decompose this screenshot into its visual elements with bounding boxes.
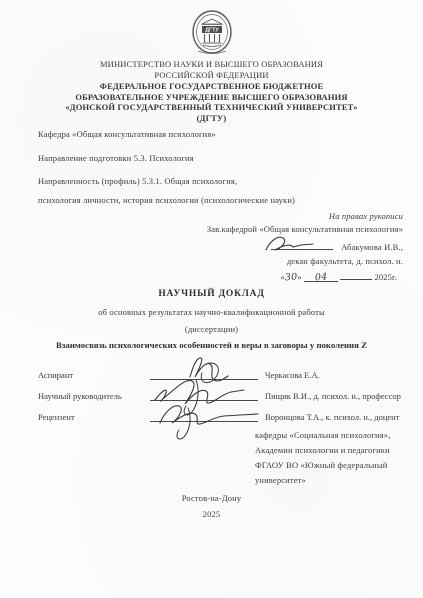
footer-year: 2025 <box>0 509 423 520</box>
university-line-3: «ДОНСКОЙ ГОСУДАРСТВЕННЫЙ ТЕХНИЧЕСКИЙ УНИ… <box>0 102 423 113</box>
document-page: ДГТУ МИНИСТЕРСТВО НАУКИ И ВЫСШЕГО ОБРАЗО… <box>0 0 423 598</box>
reviewer-affiliation-4: университет» <box>255 475 405 486</box>
date-day-handwritten: 30 <box>284 273 297 284</box>
emblem-text: ДГТУ <box>205 28 219 34</box>
signatory-row-aspirant: Аспирант Черкасова Е.А. <box>38 369 403 380</box>
university-abbr: (ДГТУ) <box>0 113 423 124</box>
profile-line-2: психология личности, история психологии … <box>38 195 403 206</box>
signature-line <box>150 369 258 380</box>
footer-city: Ростов-на-Дону <box>0 493 423 504</box>
head-signature-row: Абакумова И.В., <box>38 240 403 253</box>
profile-line-1: Направленность (профиль) 5.3.1. Общая пс… <box>38 176 403 187</box>
university-header: ФЕДЕРАЛЬНОЕ ГОСУДАРСТВЕННОЕ БЮДЖЕТНОЕ ОБ… <box>0 81 423 123</box>
reviewer-affiliation-2: Академии психологии и педагогики <box>255 445 405 456</box>
document-type-title: НАУЧНЫЙ ДОКЛАД <box>0 289 423 299</box>
head-name: Абакумова И.В., <box>341 242 403 252</box>
head-title-line: декан факультета, д. психол. н. <box>38 256 403 267</box>
reviewer-affiliation-1: кафедры «Социальная психология», <box>255 430 405 441</box>
date-year: 2025г. <box>374 272 397 282</box>
signatory-row-reviewer: Рецензент Воронцова Т.А., к. психол. н.,… <box>38 411 403 422</box>
document-subtitle-2: (диссертации) <box>0 324 423 335</box>
date-month-handwritten: 04 <box>314 273 327 284</box>
department-line: Кафедра «Общая консультативная психологи… <box>38 129 403 140</box>
direction-line: Направление подготовки 5.3. Психология <box>38 153 403 164</box>
head-of-department-line: Зав.кафедрой «Общая консультативная псих… <box>38 224 403 235</box>
reviewer-affiliation-3: ФГАОУ ВО «Южный федеральный <box>255 460 405 471</box>
university-line-1: ФЕДЕРАЛЬНОЕ ГОСУДАРСТВЕННОЕ БЮДЖЕТНОЕ <box>0 81 423 92</box>
ministry-line-1: МИНИСТЕРСТВО НАУКИ И ВЫСШЕГО ОБРАЗОВАНИЯ <box>0 59 423 70</box>
signatory-role: Аспирант <box>38 370 150 381</box>
signatory-name: Черкасова Е.А. <box>265 370 403 381</box>
university-emblem: ДГТУ <box>0 8 423 63</box>
signature-line <box>150 390 258 401</box>
university-line-2: ОБРАЗОВАТЕЛЬНОЕ УЧРЕЖДЕНИЕ ВЫСШЕГО ОБРАЗ… <box>0 92 423 103</box>
thesis-title: Взаимосвязь психологических особенностей… <box>0 340 423 350</box>
manuscript-note: На правах рукописи <box>38 211 403 222</box>
approval-date: «30» 04 2025г. <box>280 270 397 284</box>
signatory-role: Научный руководитель <box>38 391 150 402</box>
date-close-quote: » <box>297 272 301 282</box>
signatory-name: Пищик В.И., д. психол. н., профессор <box>265 391 403 402</box>
ministry-header: МИНИСТЕРСТВО НАУКИ И ВЫСШЕГО ОБРАЗОВАНИЯ… <box>0 59 423 80</box>
signatory-row-supervisor: Научный руководитель Пищик В.И., д. псих… <box>38 390 403 401</box>
signatory-role: Рецензент <box>38 412 150 423</box>
signature-line <box>150 411 258 422</box>
ministry-line-2: РОССИЙСКОЙ ФЕДЕРАЦИИ <box>0 70 423 81</box>
date-month-line: 04 <box>304 272 338 282</box>
document-subtitle-1: об основных результатах научно-квалифика… <box>0 307 423 318</box>
university-emblem-icon: ДГТУ <box>188 8 236 58</box>
signatory-name: Воронцова Т.А., к. психол. н., доцент <box>265 412 403 423</box>
head-signature-line <box>271 240 333 250</box>
date-blank-line <box>340 270 372 280</box>
